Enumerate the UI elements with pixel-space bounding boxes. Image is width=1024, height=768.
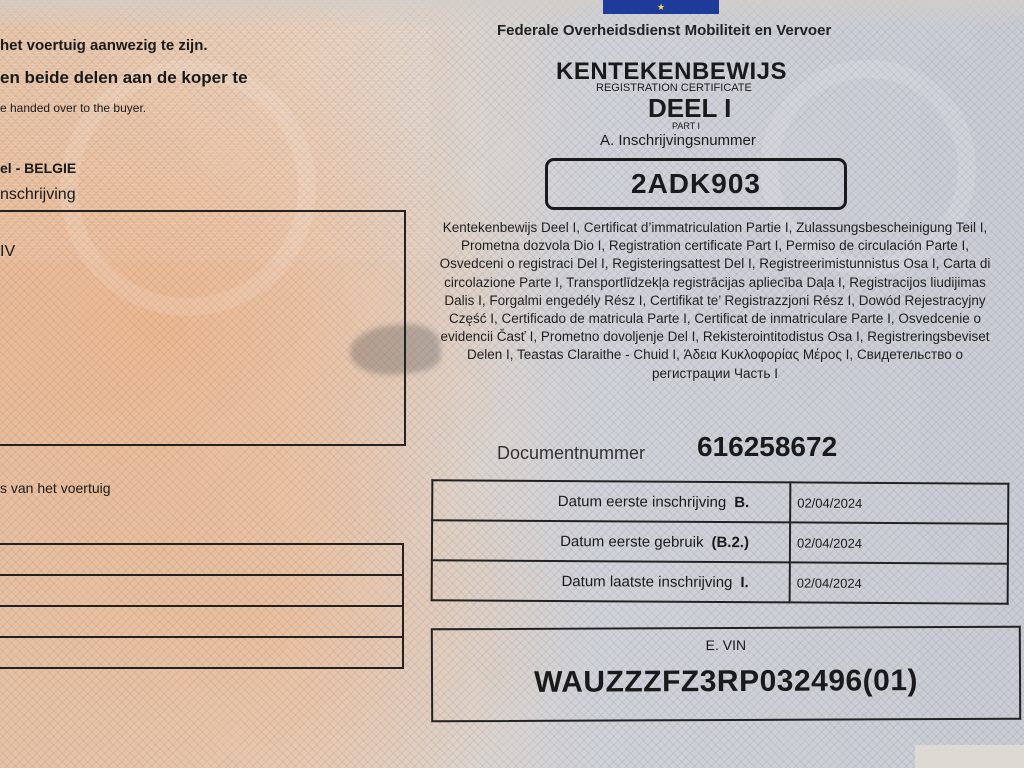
ruled-line bbox=[0, 605, 404, 636]
table-row: Datum eerste inschrijvingB. 02/04/2024 bbox=[432, 480, 1008, 524]
vin-value: WAUZZZFZ3RP032496(01) bbox=[433, 664, 1019, 701]
ruled-line bbox=[0, 636, 404, 669]
date-label: Datum eerste inschrijvingB. bbox=[432, 480, 790, 522]
registration-number-label: A. Inschrijvingsnummer bbox=[600, 132, 756, 149]
multilingual-title-block: Kentekenbewijs Deel I, Certificat d’imma… bbox=[432, 219, 998, 383]
document-number: 616258672 bbox=[697, 431, 837, 463]
box-label: IV bbox=[0, 243, 15, 261]
vin-label: E. VIN bbox=[433, 636, 1019, 655]
left-note-line2: en beide delen aan de koper te bbox=[0, 68, 248, 88]
ruled-line bbox=[0, 543, 404, 574]
registration-section-label: nschrijving bbox=[0, 186, 76, 204]
left-note-line1: het voertuig aanwezig te zijn. bbox=[0, 37, 208, 54]
date-value: 02/04/2024 bbox=[790, 562, 1008, 603]
vin-box: E. VIN WAUZZZFZ3RP032496(01) bbox=[431, 626, 1021, 723]
vehicle-section-label: s van het voertuig bbox=[0, 480, 111, 496]
ruled-line bbox=[0, 574, 404, 605]
dates-table: Datum eerste inschrijvingB. 02/04/2024 D… bbox=[431, 479, 1010, 605]
table-row: Datum laatste inschrijvingI. 02/04/2024 bbox=[432, 560, 1008, 604]
date-label: Datum laatste inschrijvingI. bbox=[432, 560, 790, 602]
registration-number: 2ADK903 bbox=[545, 158, 847, 210]
holder-box bbox=[0, 210, 406, 446]
part-subtitle: PART I bbox=[672, 121, 700, 131]
country-label: el - BELGIE bbox=[0, 160, 76, 176]
agency-name: Federale Overheidsdienst Mobiliteit en V… bbox=[497, 22, 831, 39]
date-value: 02/04/2024 bbox=[790, 522, 1008, 563]
table-row: Datum eerste gebruik(B.2.) 02/04/2024 bbox=[432, 520, 1008, 564]
background-paper bbox=[915, 745, 1024, 768]
date-value: 02/04/2024 bbox=[790, 482, 1008, 523]
vehicle-lines bbox=[0, 543, 404, 669]
part-title: DEEL I bbox=[648, 93, 731, 124]
left-note-line3: e handed over to the buyer. bbox=[0, 101, 146, 115]
eu-flag-icon: ★ bbox=[603, 0, 719, 14]
date-label: Datum eerste gebruik(B.2.) bbox=[432, 520, 790, 562]
registration-document: ★ het voertuig aanwezig te zijn. en beid… bbox=[0, 0, 1024, 768]
document-number-label: Documentnummer bbox=[497, 443, 645, 464]
